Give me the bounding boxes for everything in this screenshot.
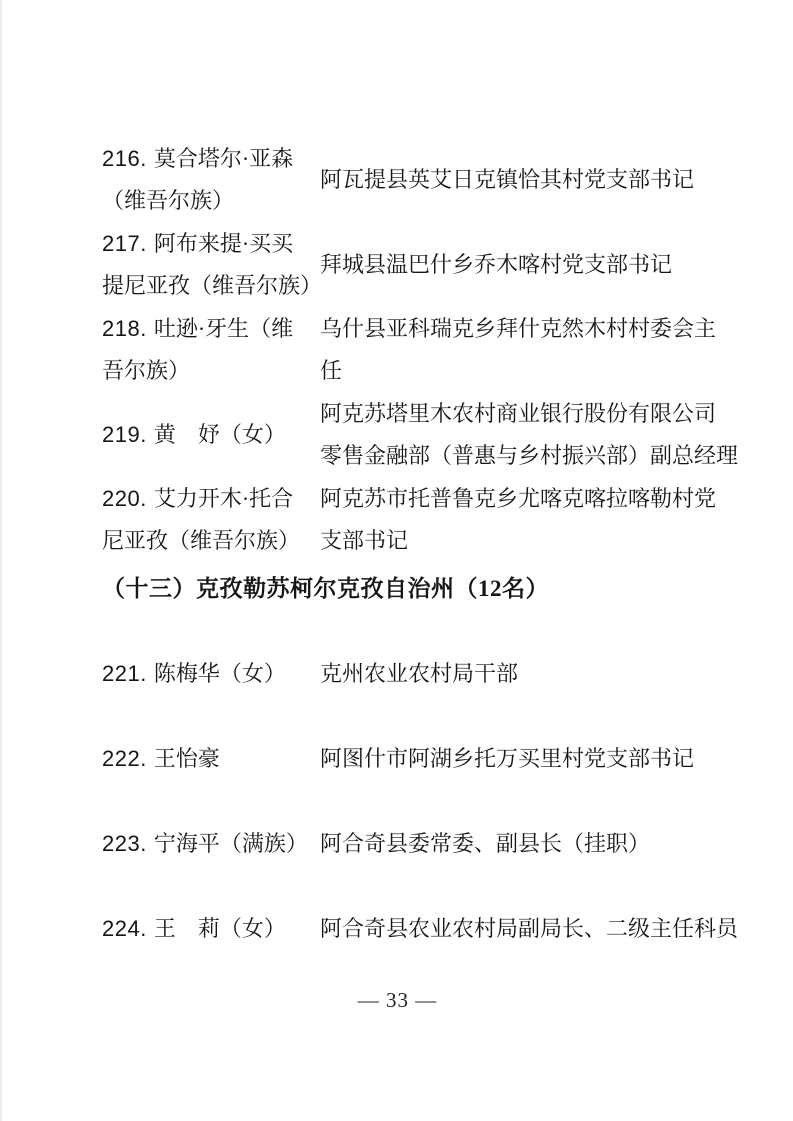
section-title: （十三）克孜勒苏柯尔克孜自治州（12名） — [102, 574, 727, 604]
entry-row-220: 220.艾力开木·托合 尼亚孜（维吾尔族） 阿克苏市托普鲁克乡尤喀克喀拉喀勒村党… — [102, 478, 727, 562]
entry-number: 218. — [102, 316, 147, 341]
entry-name-text: 陈梅华（女） — [154, 661, 286, 686]
entry-name-cell: 220.艾力开木·托合 尼亚孜（维吾尔族） — [102, 478, 320, 562]
entry-name-cell: 219.黄 妤（女） — [102, 414, 320, 456]
entry-name-cell: 218.吐逊·牙生（维 吾尔族） — [102, 308, 320, 392]
entry-position-text: 乌什县亚科瑞克乡拜什克然木村村委会主 任 — [320, 308, 727, 392]
entry-number: 216. — [102, 146, 147, 171]
entry-row-221: 221.陈梅华（女） 克州农业农村局干部 — [102, 653, 727, 695]
entry-number: 220. — [102, 486, 147, 511]
entry-name-text: 王怡豪 — [154, 746, 220, 771]
entry-position-text: 阿克苏塔里木农村商业银行股份有限公司 零售金融部（普惠与乡村振兴部）副总经理 — [320, 393, 738, 477]
entry-number: 217. — [102, 231, 147, 256]
entry-position-text: 拜城县温巴什乡乔木喀村党支部书记 — [320, 244, 727, 286]
entry-name-cell: 222.王怡豪 — [102, 738, 320, 780]
entry-name-cell: 224.王 莉（女） — [102, 908, 320, 950]
roster-list: 216.莫合塔尔·亚森 （维吾尔族） 阿瓦提县英艾日克镇恰其村党支部书记 217… — [102, 138, 727, 993]
entry-row-219: 219.黄 妤（女） 阿克苏塔里木农村商业银行股份有限公司 零售金融部（普惠与乡… — [102, 393, 727, 477]
entry-position-text: 阿图什市阿湖乡托万买里村党支部书记 — [320, 738, 727, 780]
document-page: 216.莫合塔尔·亚森 （维吾尔族） 阿瓦提县英艾日克镇恰其村党支部书记 217… — [0, 0, 793, 1121]
entry-number: 219. — [102, 422, 147, 447]
entry-row-222: 222.王怡豪 阿图什市阿湖乡托万买里村党支部书记 — [102, 738, 727, 780]
entry-number: 223. — [102, 831, 147, 856]
entry-number: 224. — [102, 916, 147, 941]
entry-name-cell: 216.莫合塔尔·亚森 （维吾尔族） — [102, 138, 320, 222]
entry-position-text: 阿合奇县委常委、副县长（挂职） — [320, 823, 727, 865]
entry-position-text: 阿克苏市托普鲁克乡尤喀克喀拉喀勒村党 支部书记 — [320, 478, 727, 562]
entry-row-216: 216.莫合塔尔·亚森 （维吾尔族） 阿瓦提县英艾日克镇恰其村党支部书记 — [102, 138, 727, 222]
entry-row-223: 223.宁海平（满族） 阿合奇县委常委、副县长（挂职） — [102, 823, 727, 865]
entry-name-cell: 223.宁海平（满族） — [102, 823, 320, 865]
page-number: — 33 — — [2, 986, 793, 1014]
entry-position-text: 克州农业农村局干部 — [320, 653, 727, 695]
entry-name-cell: 221.陈梅华（女） — [102, 653, 320, 695]
entry-position-text: 阿合奇县农业农村局副局长、二级主任科员 — [320, 908, 738, 950]
entry-number: 221. — [102, 661, 147, 686]
entry-position-text: 阿瓦提县英艾日克镇恰其村党支部书记 — [320, 159, 727, 201]
entry-number: 222. — [102, 746, 147, 771]
entry-row-218: 218.吐逊·牙生（维 吾尔族） 乌什县亚科瑞克乡拜什克然木村村委会主 任 — [102, 308, 727, 392]
entry-name-text: 黄 妤（女） — [154, 422, 286, 447]
entry-row-217: 217.阿布来提·买买 提尼亚孜（维吾尔族） 拜城县温巴什乡乔木喀村党支部书记 — [102, 223, 727, 307]
entry-name-cell: 217.阿布来提·买买 提尼亚孜（维吾尔族） — [102, 223, 320, 307]
entry-name-text: 王 莉（女） — [154, 916, 286, 941]
entry-row-224: 224.王 莉（女） 阿合奇县农业农村局副局长、二级主任科员 — [102, 908, 727, 950]
entry-name-text: 宁海平（满族） — [154, 831, 308, 856]
